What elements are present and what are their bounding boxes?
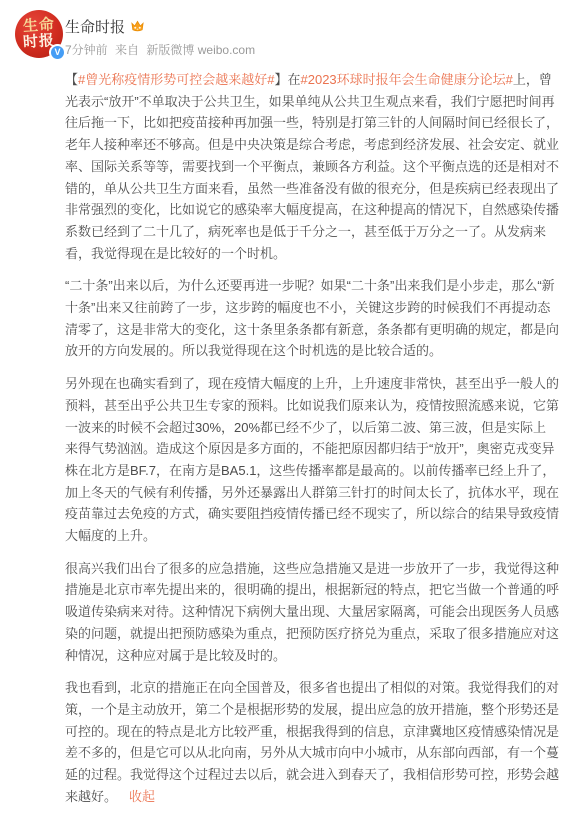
post-paragraph-1: 【#曾光称疫情形势可控会越来越好#】在#2023环球时报年会生命健康分论坛#上，… (65, 69, 559, 264)
avatar[interactable]: 生命 时报 V (15, 10, 63, 58)
source-prefix: 来自 (115, 43, 139, 57)
post-paragraph-3: 另外现在也确实看到了，现在疫情大幅度的上升，上升速度非常快，甚至出乎一般人的预料… (65, 373, 559, 547)
paragraph-text: 】在 (274, 72, 300, 87)
paragraph-text: 另外现在也确实看到了，现在疫情大幅度的上升，上升速度非常快，甚至出乎一般人的预料… (65, 376, 559, 543)
post-paragraph-5: 我也看到，北京的措施正在向全国普及，很多省也提出了相似的对策。我觉得我们的对策，… (65, 677, 559, 807)
hashtag-link-topic1[interactable]: #曾光称疫情形势可控会越来越好# (78, 72, 274, 87)
header-text: 生命时报 7分钟前 来自 新版微博 weibo.com (65, 11, 560, 58)
post-meta: 7分钟前 来自 新版微博 weibo.com (65, 41, 560, 58)
post-paragraph-2: “二十条”出来以后，为什么还要再进一步呢？如果“二十条”出来我们是小步走，那么“… (65, 275, 559, 362)
post-paragraph-4: 很高兴我们出台了很多的应急措施，这些应急措施又是进一步放开了一步，我觉得这种措施… (65, 558, 559, 667)
hashtag-link-topic2[interactable]: #2023环球时报年会生命健康分论坛# (301, 72, 513, 87)
weibo-post-page: { "profile": { "avatar_line1": "生命", "av… (0, 0, 574, 824)
paragraph-text: 上，曾光表示“放开”不单取决于公共卫生，如果单纯从公共卫生观点来看，我们宁愿把时… (65, 72, 559, 261)
source-link[interactable]: 新版微博 weibo.com (146, 43, 255, 57)
verified-badge-icon: V (49, 44, 66, 61)
collapse-link[interactable]: 收起 (129, 789, 155, 804)
username-link[interactable]: 生命时报 (65, 16, 125, 37)
paragraph-text: “二十条”出来以后，为什么还要再进一步呢？如果“二十条”出来我们是小步走，那么“… (65, 278, 559, 358)
paragraph-text: 【 (65, 72, 78, 87)
post-content: 【#曾光称疫情形势可控会越来越好#】在#2023环球时报年会生命健康分论坛#上，… (65, 69, 559, 808)
member-crown-icon[interactable] (130, 19, 145, 34)
paragraph-text: 我也看到，北京的措施正在向全国普及，很多省也提出了相似的对策。我觉得我们的对策，… (65, 680, 559, 804)
name-row: 生命时报 (65, 17, 560, 35)
paragraph-text: 很高兴我们出台了很多的应急措施，这些应急措施又是进一步放开了一步，我觉得这种措施… (65, 561, 559, 663)
post-header: 生命 时报 V 生命时报 7分钟前 来自 新版微博 weibo.com (0, 0, 574, 61)
post-time[interactable]: 7分钟前 (65, 43, 108, 57)
